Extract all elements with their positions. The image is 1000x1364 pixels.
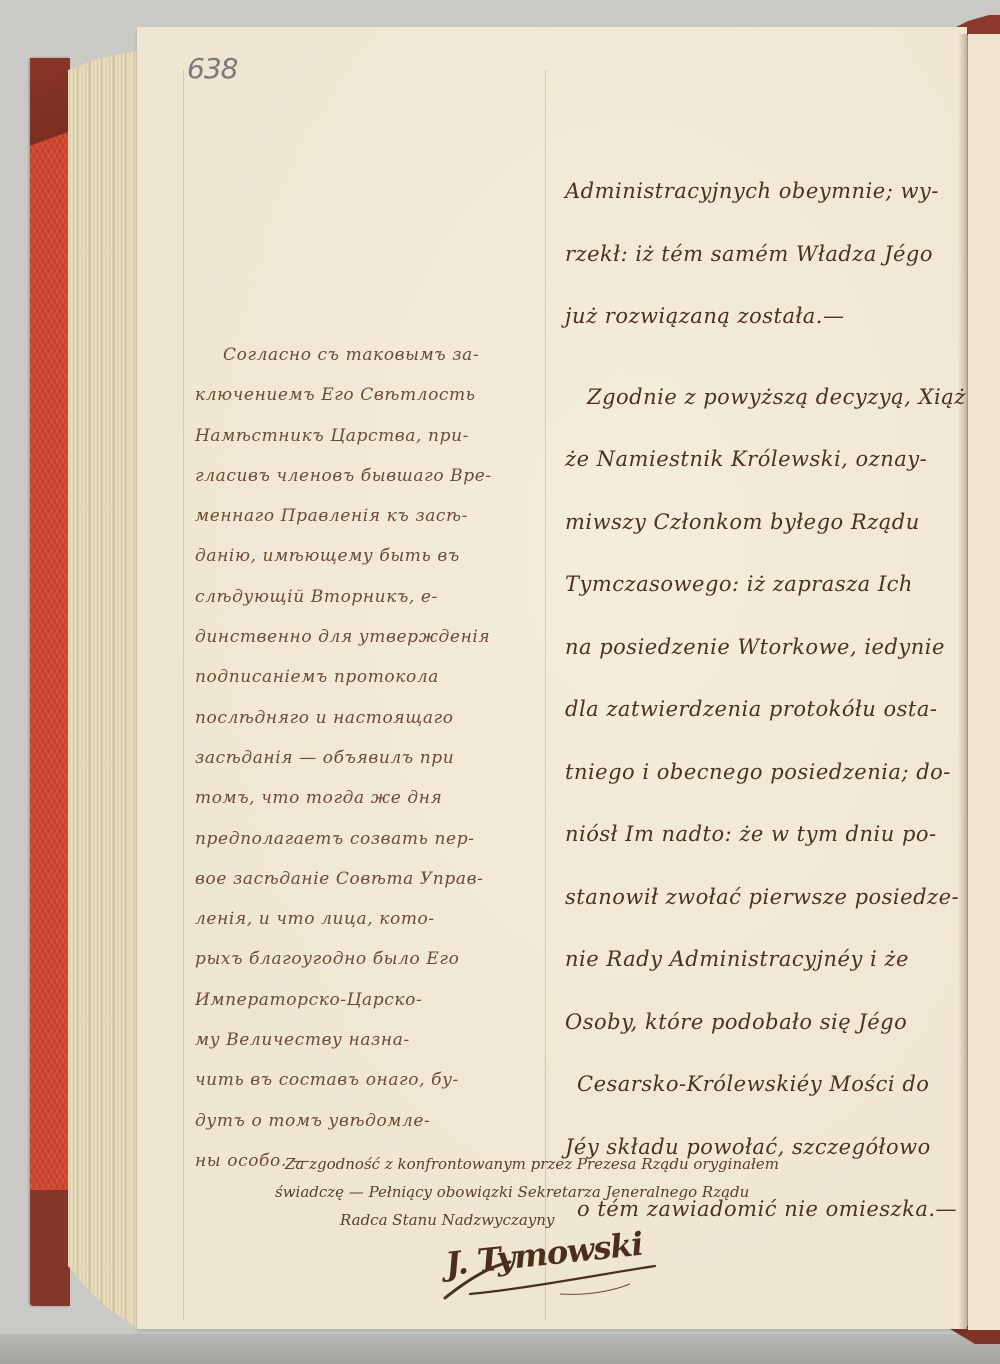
russian-line: динственно для утвержденія xyxy=(195,617,545,657)
book-cover-corner-top xyxy=(30,58,70,168)
russian-line: томъ, что тогда же дня xyxy=(195,778,545,818)
russian-line: гласивъ членовъ бывшаго Вре- xyxy=(195,456,545,496)
russian-line: му Величеству назна- xyxy=(195,1020,545,1060)
polish-line: tniego i obecnego posiedzenia; do- xyxy=(565,741,960,804)
polish-line: dla zatwierdzenia protokółu osta- xyxy=(565,678,960,741)
russian-line: слѣдующій Вторникъ, е- xyxy=(195,577,545,617)
russian-line: ленія, и что лица, кото- xyxy=(195,899,545,939)
russian-line: вое засѣданіе Совѣта Управ- xyxy=(195,859,545,899)
russian-line: рыхъ благоугодно было Его xyxy=(195,939,545,979)
russian-line: Согласно съ таковымъ за- xyxy=(195,335,545,375)
russian-line: предполагаетъ созвать пер- xyxy=(195,819,545,859)
background-surface xyxy=(0,1334,1000,1364)
polish-paragraph-2: Zgodnie z powyższą decyzyą, Xiąż że Nami… xyxy=(565,366,960,1241)
polish-paragraph-1: Administracyjnych obeymnie; wy- rzekł: i… xyxy=(565,160,960,348)
facing-page-edge xyxy=(968,34,1000,1330)
polish-line: Administracyjnych obeymnie; wy- xyxy=(565,160,960,223)
book-cover-spine-red xyxy=(30,58,70,1306)
book-cover-corner-bottom xyxy=(30,1190,70,1306)
russian-text-column: Согласно съ таковымъ за- ключениемъ Его … xyxy=(195,335,545,1181)
polish-line: że Namiestnik Królewski, oznay- xyxy=(565,428,960,491)
russian-line: Намѣстникъ Царства, при- xyxy=(195,416,545,456)
russian-line: подписаніемъ протокола xyxy=(195,657,545,697)
column-rule-middle xyxy=(545,70,546,1320)
polish-line: niósł Im nadto: że w tym dniu po- xyxy=(565,803,960,866)
russian-line: данію, имѣющему быть въ xyxy=(195,536,545,576)
polish-line: rzekł: iż tém samém Władza Jégo xyxy=(565,223,960,286)
polish-line: na posiedzenie Wtorkowe, iedynie xyxy=(565,616,960,679)
russian-line: засѣданія — объявилъ при xyxy=(195,738,545,778)
polish-line: już rozwiązaną została.— xyxy=(565,285,960,348)
page-edges-stack xyxy=(68,50,140,1330)
note-line: świadczę — Pełniący obowiązki Sekretarza… xyxy=(275,1178,965,1206)
signature-flourish-icon xyxy=(440,1260,670,1300)
russian-line: Императорско-Царско- xyxy=(195,980,545,1020)
polish-line: nie Rady Administracyjnéy i że xyxy=(565,928,960,991)
russian-line: меннаго Правленія къ засѣ- xyxy=(195,496,545,536)
folio-number: 638 xyxy=(187,52,237,85)
note-line: Za zgodność z konfrontowanym przez Preze… xyxy=(285,1150,965,1178)
polish-line: Cesarsko-Królewskiéy Mości do xyxy=(565,1053,960,1116)
polish-line: Tymczasowego: iż zaprasza Ich xyxy=(565,553,960,616)
certification-note: Za zgodność z konfrontowanym przez Preze… xyxy=(285,1150,965,1234)
margin-rule-left xyxy=(183,70,184,1320)
polish-line: Zgodnie z powyższą decyzyą, Xiąż xyxy=(565,366,960,429)
russian-line: послѣдняго и настоящаго xyxy=(195,698,545,738)
russian-line: чить въ составъ онаго, бу- xyxy=(195,1060,545,1100)
polish-line: Osoby, które podobało się Jégo xyxy=(565,991,960,1054)
polish-line: stanowił zwołać pierwsze posiedze- xyxy=(565,866,960,929)
russian-line: дутъ о томъ увѣдомле- xyxy=(195,1101,545,1141)
polish-line: miwszy Członkom byłego Rządu xyxy=(565,491,960,554)
polish-text-column: Administracyjnych obeymnie; wy- rzekł: i… xyxy=(565,160,960,1241)
russian-line: ключениемъ Его Свѣтлость xyxy=(195,375,545,415)
